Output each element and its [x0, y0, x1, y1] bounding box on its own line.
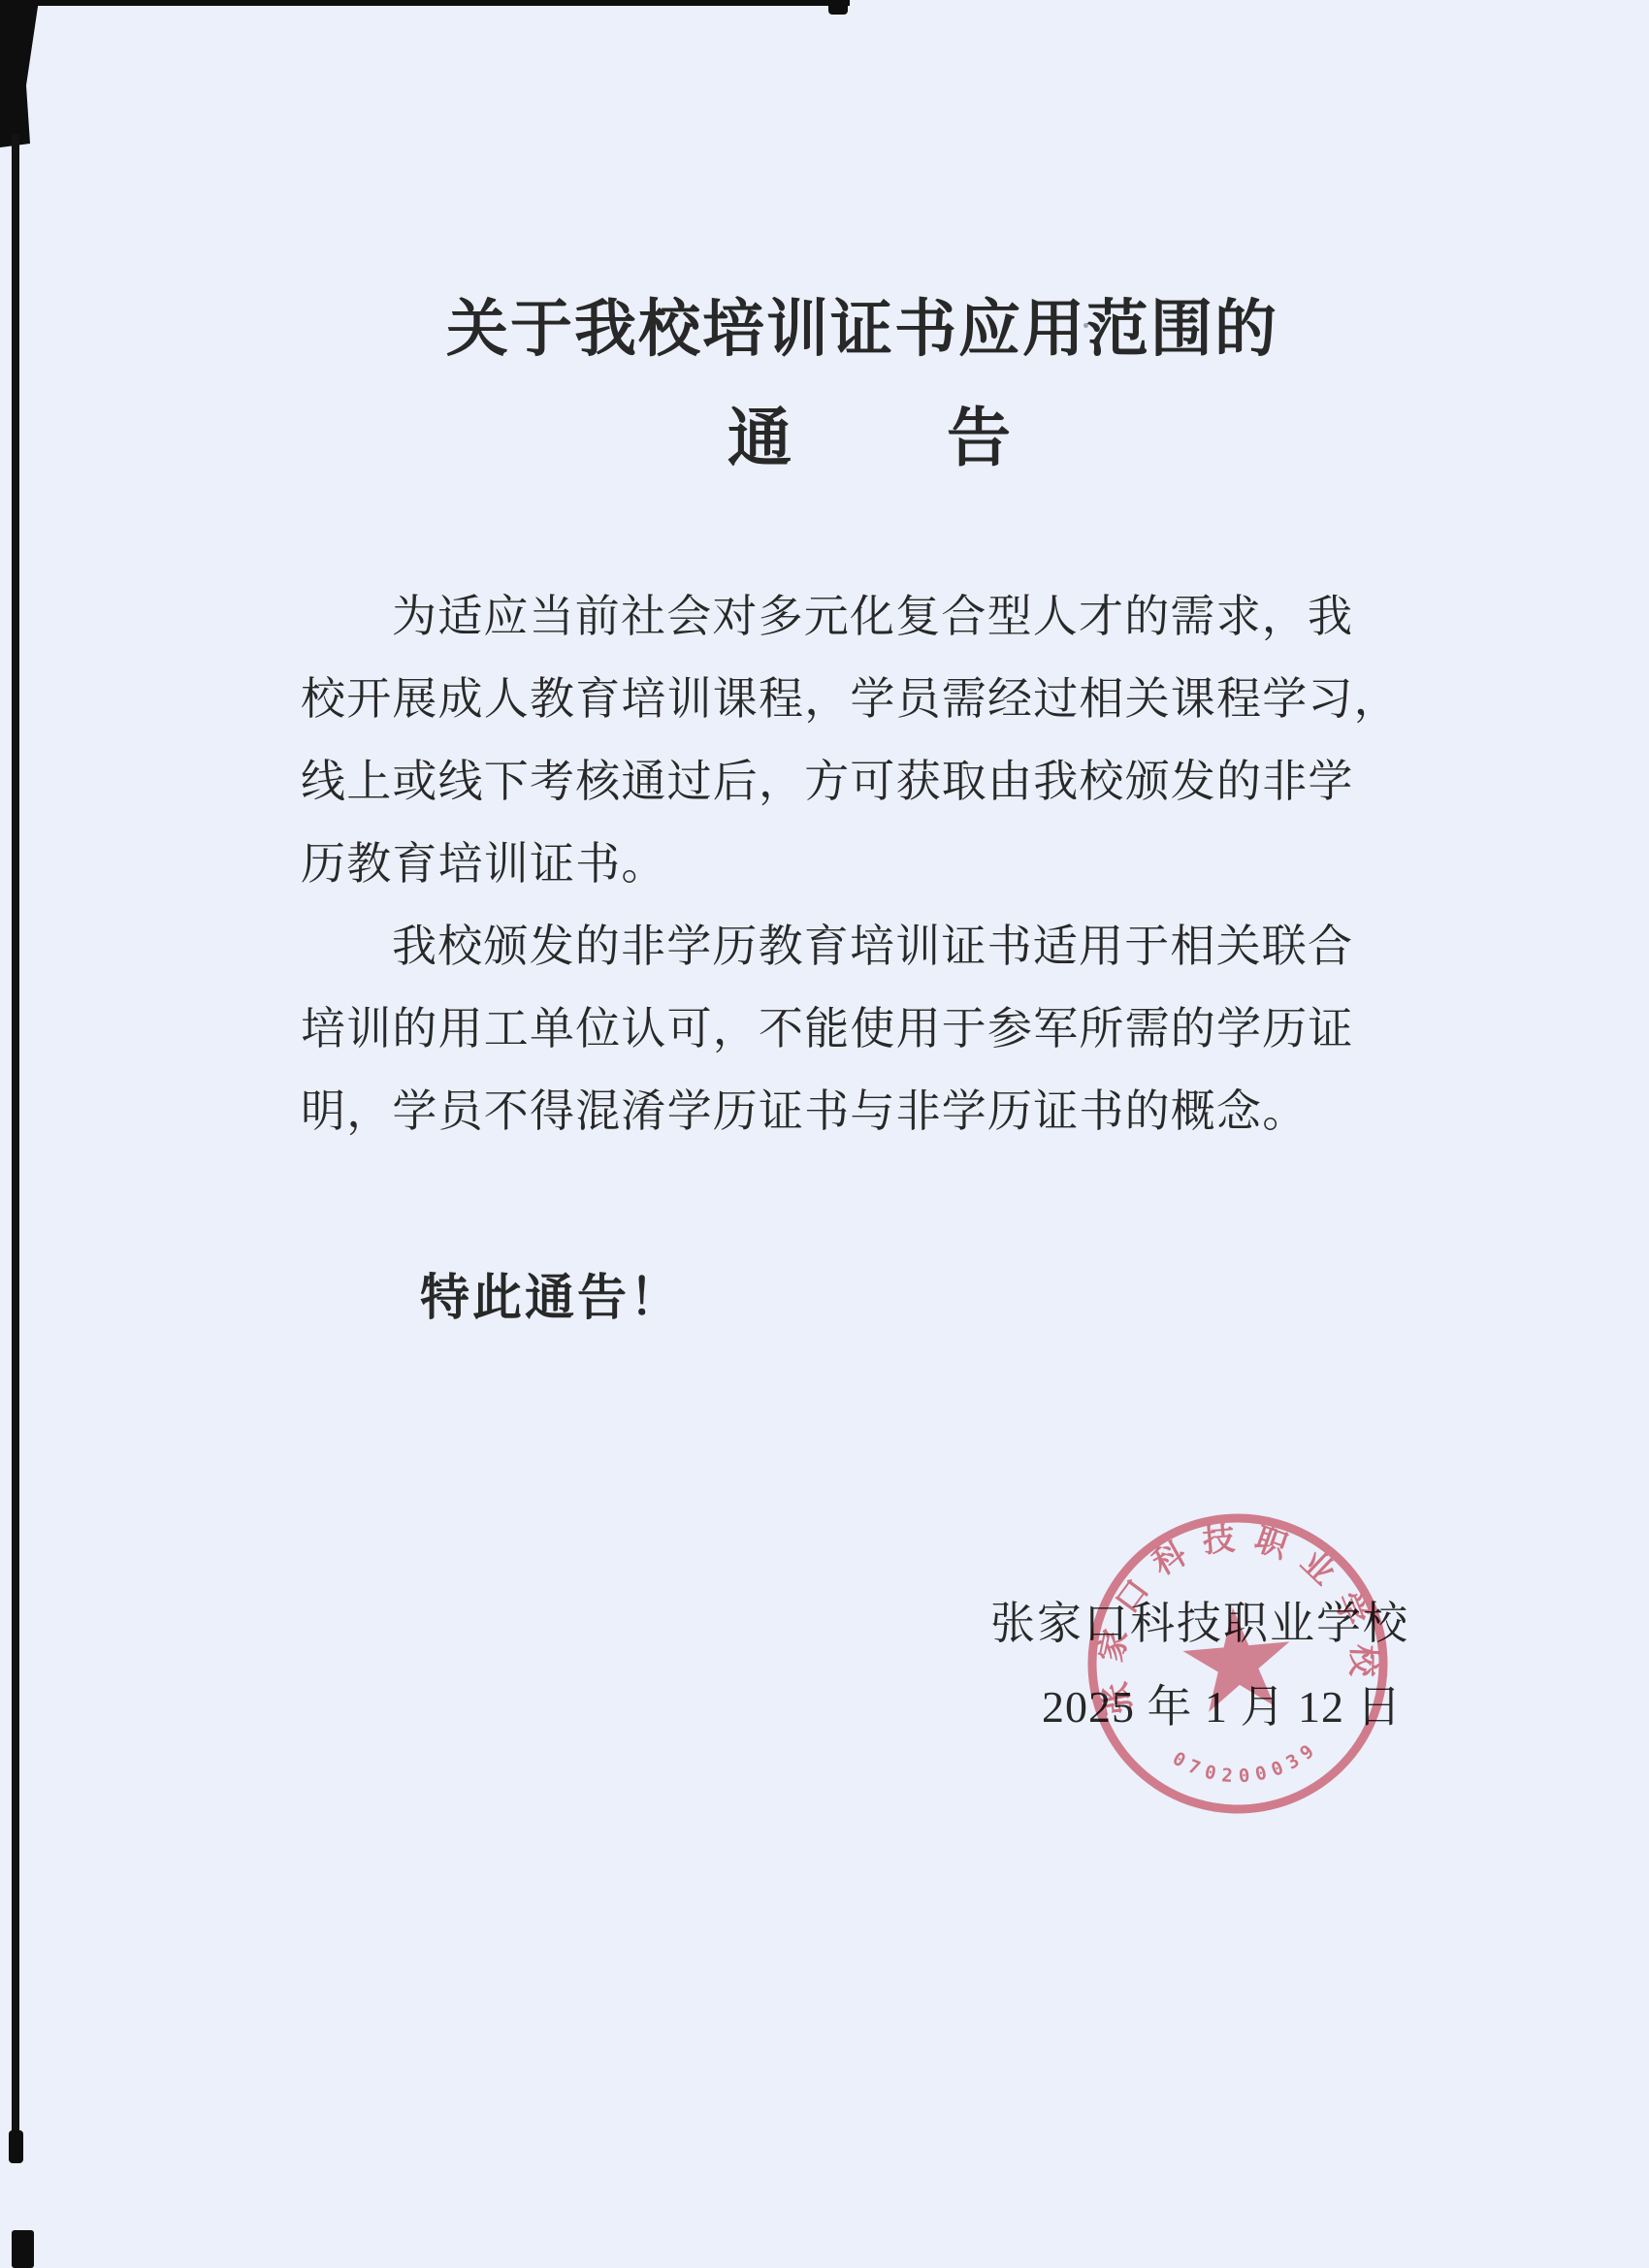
body-line-3: 线上或线下考核通过后，方可获取由我校颁发的非学: [301, 740, 1406, 823]
body-line-2: 校开展成人教育培训课程，学员需经过相关课程学习，: [301, 658, 1406, 740]
scan-artifact-top-edge: [0, 0, 850, 6]
notice-body: 为适应当前社会对多元化复合型人才的需求，我 校开展成人教育培训课程，学员需经过相…: [301, 575, 1406, 1152]
body-line-7: 明，学员不得混淆学历证书与非学历证书的概念。: [301, 1070, 1406, 1152]
body-line-6: 培训的用工单位认可，不能使用于参军所需的学历证: [301, 988, 1406, 1070]
scan-artifact-top-tick: [828, 0, 848, 15]
scanned-notice-page: 关于我校培训证书应用范围的 通告 为适应当前社会对多元化复合型人才的需求，我 校…: [0, 0, 1649, 2268]
notice-title: 关于我校培训证书应用范围的: [446, 279, 1278, 369]
scan-artifact-bottom-left-mark: [12, 2230, 34, 2268]
seal-star-icon: [1180, 1603, 1295, 1713]
notice-subtitle: 通告: [727, 386, 1166, 478]
closing-statement: 特此通告！: [420, 1269, 682, 1329]
body-line-5: 我校颁发的非学历教育培训证书适用于相关联合: [301, 905, 1406, 988]
scan-artifact-top-left-corner: [0, 0, 39, 147]
body-line-4: 历教育培训证书。: [301, 823, 1406, 905]
scan-artifact-left-smudge: [9, 2130, 23, 2163]
official-seal-graphic: 张家口科技职业学校 1307020003912: [1073, 1499, 1403, 1829]
body-line-1: 为适应当前社会对多元化复合型人才的需求，我: [301, 575, 1406, 658]
official-seal: 张家口科技职业学校 1307020003912: [1073, 1499, 1403, 1829]
scan-artifact-left-edge-line: [12, 134, 19, 2159]
